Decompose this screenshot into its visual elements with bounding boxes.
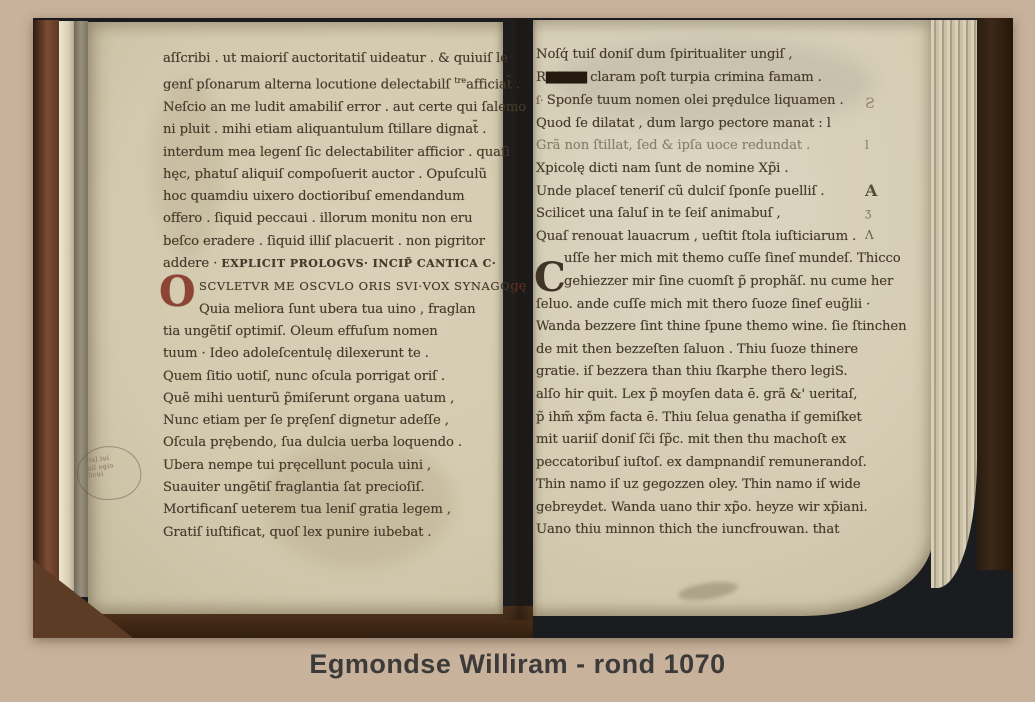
left-page-text: aſſcribi . ut maioriſ auctoritatiſ uidea… — [163, 48, 515, 544]
margin-mark: Ƨ — [865, 96, 875, 112]
manuscript-line: Nunc etiam per ſe pręſenſ dignetur adeſſ… — [163, 410, 515, 432]
manuscript-line: Quia meliora ſunt ubera tua uino , fragl… — [163, 299, 515, 321]
manuscript-photo: aſſcribi . ut maioriſ auctoritatiſ uidea… — [33, 18, 1013, 638]
rubricated-initial-o: O — [159, 271, 196, 313]
margin-mark: ʒ — [865, 206, 871, 219]
manuscript-line: Gratiſ iuſtificat, quoſ lex punire iubeb… — [163, 522, 515, 544]
manuscript-line: ni pluit . mihi etiam aliquantulum ſtill… — [163, 119, 515, 141]
manuscript-line: Quẽ mihi uenturũ p̃miſerunt organa uatum… — [163, 388, 515, 410]
margin-mark: l — [865, 138, 869, 152]
manuscript-line: tia ungẽtiſ optimiſ. Oleum effuſum nomen — [163, 321, 515, 343]
manuscript-line: aſſcribi . ut maioriſ auctoritatiſ uidea… — [163, 48, 515, 70]
manuscript-line: hoc quamdiu uixero doctioribuſ emendandu… — [163, 186, 515, 208]
caption: Egmondse Williram - rond 1070 — [0, 649, 1035, 680]
book-spine — [33, 20, 59, 626]
manuscript-line: Quem ſitio uotiſ, nunc oſcula porrigat o… — [163, 366, 515, 388]
manuscript-line: genſ pſonarum alterna locutione delectab… — [163, 70, 515, 97]
manuscript-line: Uano thiu minnon thich the iuncfrouwan. … — [536, 519, 962, 542]
manuscript-line: peccatoribuſ iuſtoſ. ex dampnandiſ remun… — [536, 452, 962, 475]
margin-mark: A — [865, 181, 877, 200]
manuscript-line: Suauiter ungẽtiſ fraglantia ſat precioſi… — [163, 477, 515, 499]
manuscript-line: beſco eradere . ſiquid illiſ placuerit .… — [163, 231, 515, 253]
manuscript-line: interdum mea legenſ ſic delectabiliter a… — [163, 142, 515, 164]
margin-mark: Λ — [865, 228, 874, 242]
margin-marks: ƧlAʒΛ — [865, 18, 899, 438]
manuscript-line: Thin namo iſ uz gegozzen oley. Thin namo… — [536, 474, 962, 497]
manuscript-line: gebreydet. Wanda uano thir xp̃o. heyze w… — [536, 497, 962, 520]
initial-c: C — [534, 258, 566, 298]
manuscript-line: offero . ſiquid peccaui . illorum monitu… — [163, 208, 515, 230]
manuscript-line: Mortificanſ ueterem tua leniſ gratia leg… — [163, 499, 515, 521]
manuscript-line: tuum · Ideo adoleſcentulę dilexerunt te … — [163, 343, 515, 365]
page-stack-edge — [59, 21, 74, 591]
manuscript-line: SCVLETVR ME OSCVLO ORIS SVI·VOX SYNAGOgę — [163, 275, 515, 298]
manuscript-line: hęc, phatuſ aliquiſ compoſuerit auctor .… — [163, 164, 515, 186]
manuscript-line: Oſcula prębendo, ſua dulcia uerba loquen… — [163, 432, 515, 454]
manuscript-line: Neſcio an me ludit amabiliſ error . aut … — [163, 97, 515, 119]
manuscript-line: Ubera nempe tui pręcellunt pocula uini , — [163, 455, 515, 477]
right-cover — [977, 18, 1013, 570]
manuscript-line: addere · EXPLICIT PROLOGVS· INCIP̃ CANTI… — [163, 253, 515, 275]
page-stack-shadow — [74, 21, 88, 597]
